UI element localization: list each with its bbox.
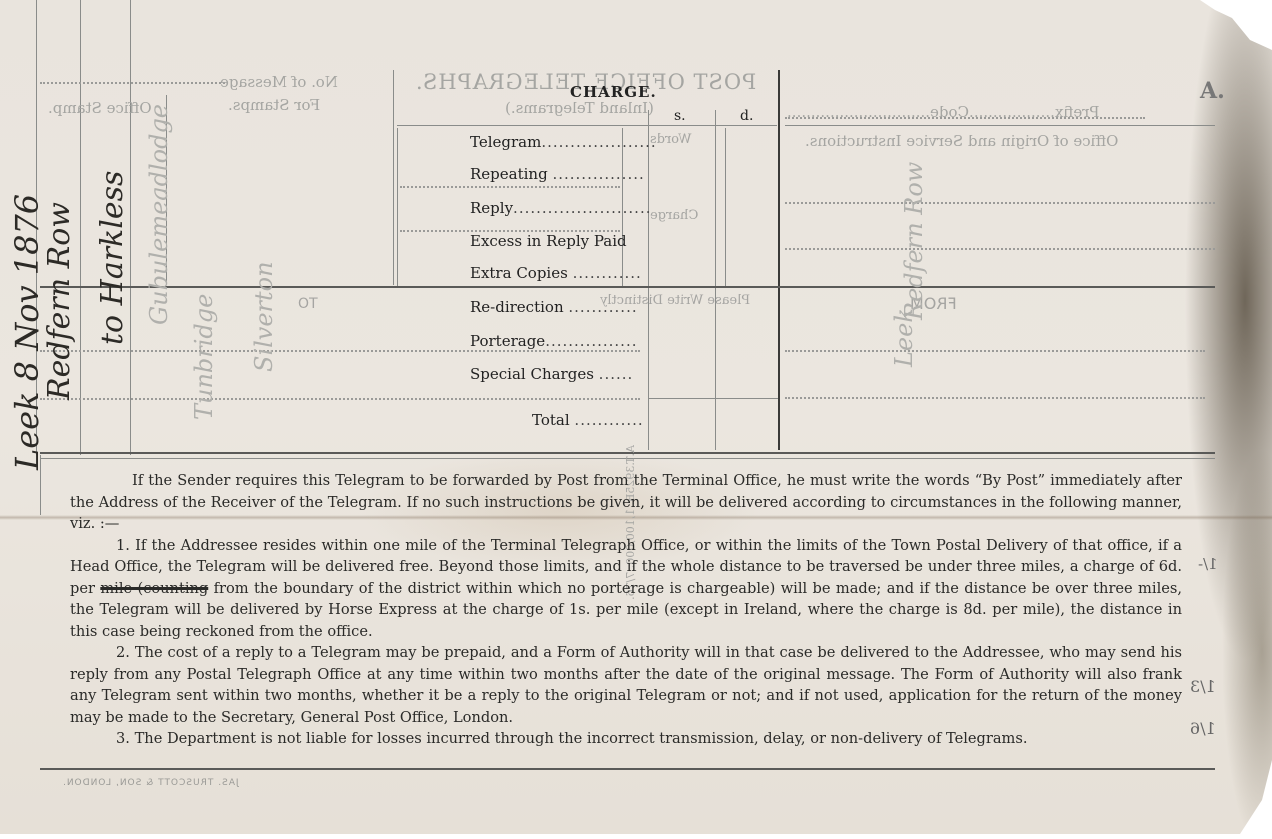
notice-para-3: 3. The Department is not liable for loss… — [70, 728, 1182, 750]
notice-para-2: 2. The cost of a reply to a Telegram may… — [70, 642, 1182, 728]
header-rule-left — [393, 70, 394, 285]
charge-row-label: Repeating — [470, 165, 548, 183]
ghost-printer-imprint: JAS. TRUSCOTT & SON, LONDON. — [62, 778, 238, 788]
charge-row-porterage: Porterage................ — [470, 332, 637, 350]
charge-row-redirection: Re-direction ............ — [470, 298, 638, 316]
origin-underline — [785, 125, 1215, 126]
ghost-from-line-1: Redfern Row — [900, 162, 928, 320]
charge-col-d — [725, 128, 726, 286]
delivery-notice: If the Sender requires this Telegram to … — [70, 470, 1182, 750]
to-from-top-rule — [40, 286, 1215, 288]
notice-intro: If the Sender requires this Telegram to … — [70, 470, 1182, 535]
origin-dots-1 — [785, 202, 1215, 204]
left-rule-2 — [80, 0, 81, 455]
charge-row-label: Special Charges — [470, 365, 594, 383]
ghost-no-of-message: No. of Message — [220, 73, 338, 91]
ghost-to-line-3: Tunbridge — [190, 294, 218, 420]
charge-row-label: Total — [532, 411, 570, 429]
ghost-office-of-origin: Office of Origin and Service Instruction… — [805, 132, 1118, 150]
to-dots-1 — [40, 350, 640, 352]
message-no-dots — [40, 82, 225, 84]
charge-row-special: Special Charges ...... — [470, 365, 633, 383]
ghost-to-label: TO — [298, 296, 318, 312]
charge-col-s-label: s. — [674, 108, 686, 124]
ghost-from-line-2: Leek — [890, 308, 918, 367]
ghost-charge: Charge — [650, 208, 698, 223]
ghost-to-line-1: Gubulemeadlodge — [145, 104, 173, 325]
struck-text: mile (counting — [100, 580, 208, 597]
left-rule-3 — [130, 0, 131, 455]
charge-col-mid — [715, 110, 716, 450]
charge-row-label: Porterage — [470, 332, 545, 350]
ghost-for-stamps: For Stamps. — [228, 96, 320, 114]
charge-row-label: Excess in Reply Paid — [470, 232, 627, 250]
form-letter: A. — [1200, 78, 1225, 104]
from-dots-2 — [785, 397, 1205, 399]
charge-row-label: Extra Copies — [470, 264, 568, 282]
ghost-dots-a — [400, 186, 620, 188]
charge-col-right — [778, 70, 780, 450]
charge-row-reply: Reply........................ — [470, 199, 651, 217]
charge-col-d-label: d. — [740, 108, 753, 124]
ghost-to-line-2: Silverton — [250, 261, 278, 372]
notice-para-1: 1. If the Addressee resides within one m… — [70, 535, 1182, 643]
notice-bottom-rule — [40, 768, 1215, 770]
charge-col-s — [648, 110, 649, 450]
charge-title: CHARGE. — [570, 83, 657, 101]
charge-row-telegram: Telegram.................... — [470, 133, 657, 151]
ghost-subheader: (Inland Telegrams.) — [505, 99, 654, 117]
handwritten-sender: Redfern Row — [42, 202, 77, 400]
to-dots-2 — [40, 398, 640, 400]
charge-total-rule — [648, 398, 778, 399]
ghost-prefix-code: Prefix..................Code............… — [787, 103, 1099, 121]
charge-row-label: Telegram — [470, 133, 541, 151]
charge-box-left — [397, 128, 398, 286]
origin-dots-2 — [785, 248, 1215, 250]
charge-row-extra-copies: Extra Copies ............ — [470, 264, 642, 282]
charge-row-label: Reply — [470, 199, 513, 217]
margin-note-1: 1/- — [1198, 555, 1218, 573]
handwritten-recipient: to Harkless — [95, 171, 130, 345]
margin-note-2: 1/3 — [1190, 677, 1216, 696]
ghost-office-stamp: Office Stamp. — [48, 99, 152, 117]
from-dots-1 — [785, 350, 1205, 352]
header-underline — [397, 125, 777, 126]
margin-note-3: 1/6 — [1190, 719, 1216, 738]
charge-row-repeating: Repeating ................ — [470, 165, 645, 183]
charge-row-label: Re-direction — [470, 298, 564, 316]
handwritten-date: Leek 8 Nov 1876 — [8, 194, 46, 470]
charge-row-excess-reply: Excess in Reply Paid — [470, 232, 627, 250]
charge-row-total: Total ............ — [532, 411, 644, 429]
